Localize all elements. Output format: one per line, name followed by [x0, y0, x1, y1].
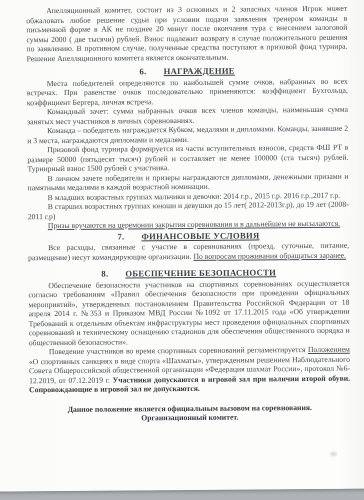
section-number-finance: 7.: [117, 231, 124, 241]
finance-paragraph: Все расходы, связанные с участие в сорев…: [28, 241, 349, 263]
document-content: Апелляционный комитет, состоит из 3 осно…: [26, 4, 350, 424]
scanned-document: Апелляционный комитет, состоит из 3 осно…: [0, 0, 364, 500]
awards-paragraph: В старших возрастных группах юноши и дев…: [28, 200, 349, 222]
section-number-awards: 6.: [139, 66, 146, 76]
finance-underlined-text: По вопросам проживания обращаться заране…: [193, 250, 346, 260]
awards-paragraph: В личном зачете победители и призеры наг…: [27, 171, 348, 193]
document-page: Апелляционный комитет, состоит из 3 осно…: [0, 0, 364, 491]
section-title-finance: ФИНАНСОВЫЕ УСЛОВИЯ: [141, 230, 259, 241]
safety-paragraph-1: Обеспечение безопасности участников на с…: [28, 278, 350, 347]
intro-paragraph: Апелляционный комитет, состоит из 3 осно…: [26, 4, 347, 64]
awards-paragraph: Призовой фонд турнира формируется из час…: [27, 143, 348, 174]
awards-paragraph: Места победителей определяются по наибол…: [27, 76, 348, 107]
section-title-awards: НАГРАЖДЕНИЕ: [164, 66, 235, 77]
section-title-safety: ОБЕСПЕЧЕНИЕ БЕЗОПАСНОСТИ: [125, 267, 276, 278]
awards-paragraph: Командный зачет: сумма набранных очков в…: [27, 105, 348, 127]
safety-underlined-word: Положением: [308, 345, 350, 354]
scan-smudge: [330, 452, 337, 456]
awards-paragraph: Команда – победитель награждается Кубком…: [27, 124, 348, 146]
prizes-note-paragraph: Призы вручаются на церемонии закрытия со…: [28, 219, 349, 231]
safety-paragraph-2: Поведение участников во время спортивных…: [29, 345, 350, 395]
section-number-safety: 8.: [101, 269, 108, 279]
